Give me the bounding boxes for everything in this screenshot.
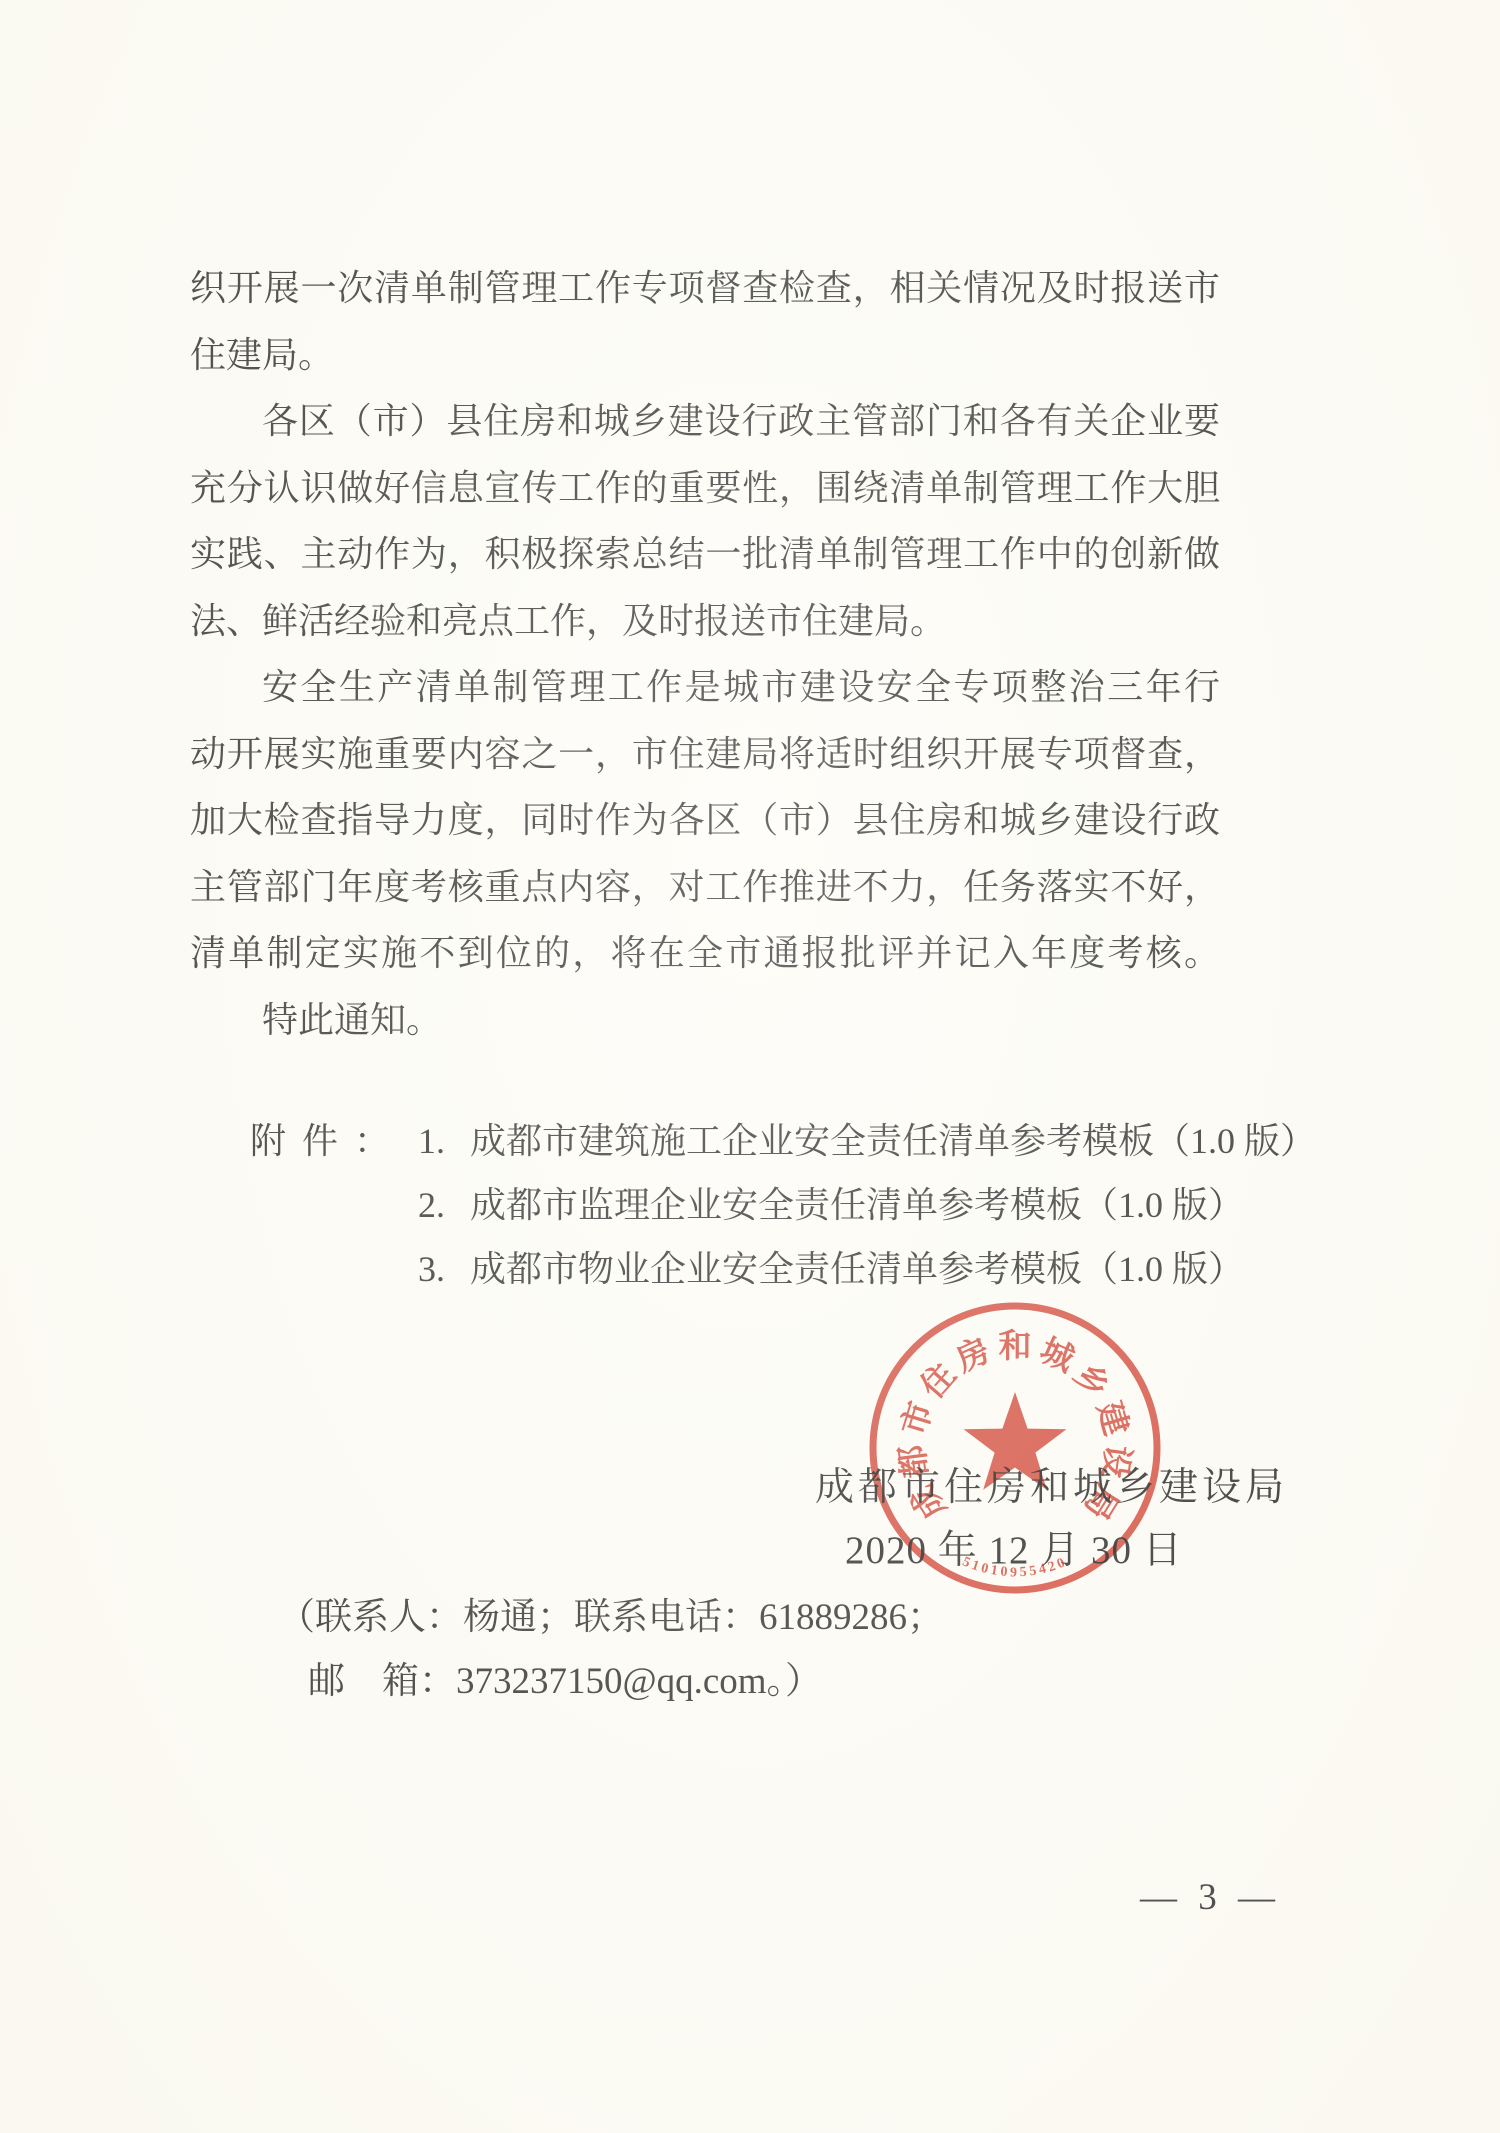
attachment-title: 成都市监理企业安全责任清单参考模板（1.0 版） <box>470 1173 1244 1237</box>
attachments-list: 附件： 1. 成都市建筑施工企业安全责任清单参考模板（1.0 版） 2. 成都市… <box>250 1109 1316 1301</box>
attachment-item: 2. 成都市监理企业安全责任清单参考模板（1.0 版） <box>250 1173 1316 1237</box>
text-line: 织开展一次清单制管理工作专项督查检查，相关情况及时报送市 <box>190 255 1220 322</box>
signature-agency: 成都市住房和城乡建设局 <box>815 1456 1288 1512</box>
text-line: 清单制定实施不到位的，将在全市通报批评并记入年度考核。 <box>190 920 1220 987</box>
signature-date: 2020 年 12 月 30 日 <box>845 1519 1183 1575</box>
contact-email: 邮 箱：373237150@qq.com。） <box>308 1650 822 1704</box>
attachment-title: 成都市建筑施工企业安全责任清单参考模板（1.0 版） <box>470 1109 1316 1173</box>
text-line: 住建局。 <box>190 322 1220 389</box>
attachment-item: 3. 成都市物业企业安全责任清单参考模板（1.0 版） <box>250 1237 1316 1301</box>
seal-text-char: 建 <box>1090 1398 1135 1440</box>
contact-person-phone: （联系人：杨通；联系电话：61889286； <box>278 1586 944 1640</box>
text-line: 安全生产清单制管理工作是城市建设安全专项整治三年行 <box>190 654 1220 721</box>
seal-text-char: 市 <box>895 1398 940 1440</box>
text-line: 实践、主动作为，积极探索总结一批清单制管理工作中的创新做 <box>190 521 1220 588</box>
document-page: 织开展一次清单制管理工作专项督查检查，相关情况及时报送市 住建局。 各区（市）县… <box>0 0 1500 2133</box>
attachment-number: 2. <box>418 1173 470 1237</box>
attachment-item: 附件： 1. 成都市建筑施工企业安全责任清单参考模板（1.0 版） <box>250 1109 1316 1173</box>
attachments-label: 附件： <box>250 1109 418 1173</box>
text-line: 加大检查指导力度，同时作为各区（市）县住房和城乡建设行政 <box>190 787 1220 854</box>
text-line: 充分认识做好信息宣传工作的重要性，围绕清单制管理工作大胆 <box>190 455 1220 522</box>
text-line: 动开展实施重要内容之一，市住建局将适时组织开展专项督查， <box>190 721 1220 788</box>
body-text: 织开展一次清单制管理工作专项督查检查，相关情况及时报送市 住建局。 各区（市）县… <box>190 255 1220 1053</box>
text-line: 各区（市）县住房和城乡建设行政主管部门和各有关企业要 <box>190 388 1220 455</box>
text-line: 特此通知。 <box>190 987 1220 1054</box>
seal-text-char: 房 <box>950 1332 996 1380</box>
seal-text-char: 城 <box>1034 1332 1079 1379</box>
seal-text-char: 乡 <box>1067 1356 1117 1406</box>
attachment-number: 1. <box>418 1109 470 1173</box>
seal-text-char: 和 <box>999 1328 1032 1365</box>
text-line: 主管部门年度考核重点内容，对工作推进不力，任务落实不好， <box>190 854 1220 921</box>
seal-text-char: 住 <box>914 1357 964 1406</box>
attachment-title: 成都市物业企业安全责任清单参考模板（1.0 版） <box>470 1237 1244 1301</box>
text-line: 法、鲜活经验和亮点工作，及时报送市住建局。 <box>190 588 1220 655</box>
page-number: — 3 — <box>1140 1876 1281 1919</box>
attachment-number: 3. <box>418 1237 470 1301</box>
